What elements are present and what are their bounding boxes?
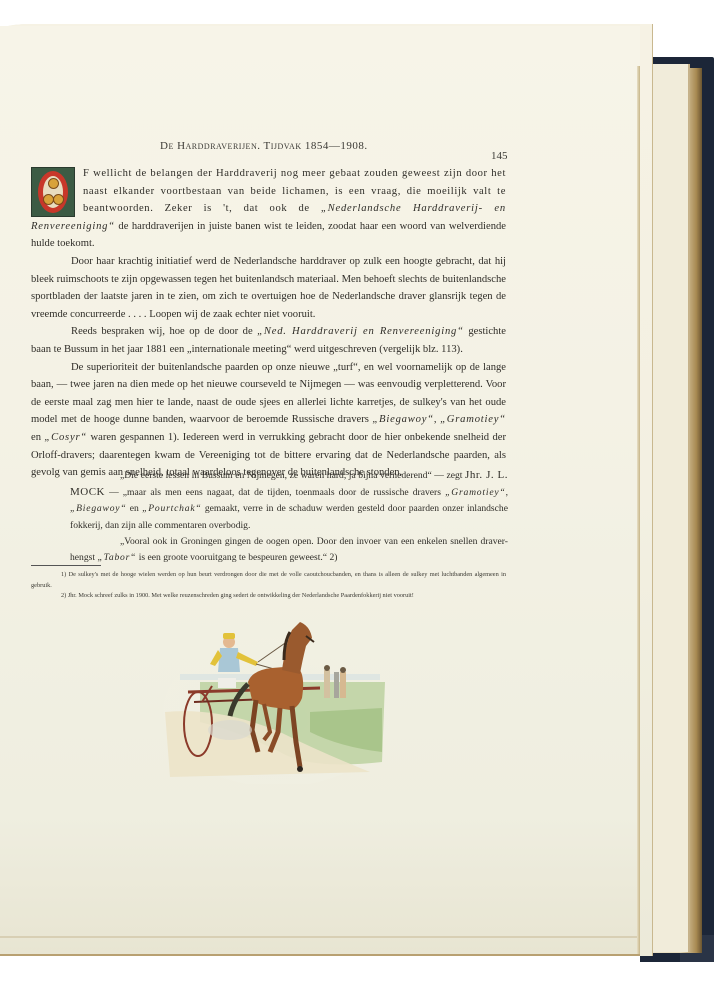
horse-name: „Biegawoy“ [70, 503, 127, 514]
body-text: F wellicht de belangen der Harddraverij … [31, 165, 506, 482]
horse-name: „Pourtchak“ [142, 503, 201, 514]
running-head: De Harddraverijen. Tijdvak 1854—1908. [160, 140, 520, 152]
paragraph-4: De superioriteit der buitenlandsche paar… [31, 359, 506, 482]
flower-ornament-icon [53, 194, 64, 205]
horse-name: „Gramotiey“ [445, 487, 506, 498]
footnote-1: 1) De sulkey's met de hooge wielen werde… [31, 570, 506, 591]
paragraph-1: F wellicht de belangen der Harddraverij … [31, 165, 506, 253]
horse-name: „Gramotiey“ [440, 414, 506, 425]
quote-paragraph-2: „Vooral ook in Groningen gingen de oogen… [70, 534, 508, 566]
footnotes: 1) De sulkey's met de hooge wielen werde… [31, 570, 506, 602]
horse-name: „Biegawoy“ [372, 414, 434, 425]
paragraph-3: Reeds bespraken wij, hoe op de door de „… [31, 323, 506, 358]
society-name: „Ned. Harddraverij en Renvereeniging“ [257, 326, 464, 337]
quote-paragraph-1: „Die eerste lessen in Bussum en Nijmegen… [70, 467, 508, 534]
footnote-divider [31, 565, 101, 566]
horse-sulky-drawing-icon [160, 612, 390, 784]
horse-name: „Cosyr“ [44, 432, 87, 443]
horse-name: „Tabor“ [97, 552, 136, 563]
flower-ornament-icon [48, 178, 59, 189]
footnote-2: 2) Jhr. Mock schreef zulks in 1900. Met … [31, 591, 506, 602]
quotation: „Die eerste lessen in Bussum en Nijmegen… [70, 467, 508, 566]
dropcap-letter-o [31, 167, 75, 217]
paragraph-2: Door haar krachtig initiatief werd de Ne… [31, 253, 506, 323]
trotter-sulky-illustration [160, 612, 390, 784]
page-number: 145 [491, 150, 508, 162]
